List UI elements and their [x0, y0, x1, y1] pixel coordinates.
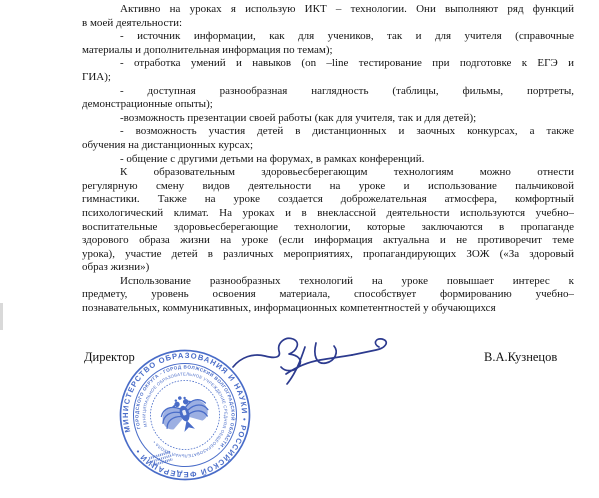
text-line: материалы и дополнительная информация по… — [82, 44, 574, 58]
text-line: предмету, уровень освоения материала, сп… — [82, 288, 574, 302]
scan-edge-artifact — [0, 303, 3, 330]
text-line: - отработка умений и навыков (on –line т… — [82, 57, 574, 71]
text-line: здорового образа жизни на уроке (если ин… — [82, 234, 574, 248]
text-line: обучения на дистанционных курсах; — [82, 139, 574, 153]
text-line: Использование разнообразных технологий н… — [82, 275, 574, 289]
text-line: познавательных, коммуникативных, информа… — [82, 302, 574, 316]
double-headed-eagle-icon — [157, 389, 212, 437]
document-body: Активно на уроках я использую ИКТ – техн… — [82, 3, 574, 316]
text-line: воспитательные здоровьесберегающие техно… — [82, 221, 574, 235]
text-line: ГИА); — [82, 71, 574, 85]
text-line: -возможность презентации своей работы (к… — [82, 112, 574, 126]
text-line: - возможность участия детей в дистанцион… — [82, 125, 574, 139]
text-line: К образовательным здоровьесберегающим те… — [82, 166, 574, 180]
official-stamp: МИНИСТЕРСТВО ОБРАЗОВАНИЯ И НАУКИ • РОССИ… — [116, 346, 254, 484]
text-line: - доступная разнообразная наглядность (т… — [82, 85, 574, 99]
text-line: - общение с другими детьми на форумах, в… — [82, 153, 574, 167]
text-line: - источник информации, как для учеников,… — [82, 30, 574, 44]
text-line: урока), участие детей в различных меропр… — [82, 248, 574, 262]
text-line: образ жизни») — [82, 261, 574, 275]
text-line: демонстрационные опыты); — [82, 98, 574, 112]
text-line: регулярную смену видов деятельности на у… — [82, 180, 574, 194]
text-line: психологический климат. На уроках и в вн… — [82, 207, 574, 221]
text-line: Активно на уроках я использую ИКТ – техн… — [82, 3, 574, 17]
text-line: гимнастики. Также на уроке создается доб… — [82, 193, 574, 207]
text-line: в моей деятельности: — [82, 17, 574, 31]
signer-name: В.А.Кузнецов — [484, 350, 557, 365]
document-page: Активно на уроках я использую ИКТ – техн… — [0, 0, 599, 498]
